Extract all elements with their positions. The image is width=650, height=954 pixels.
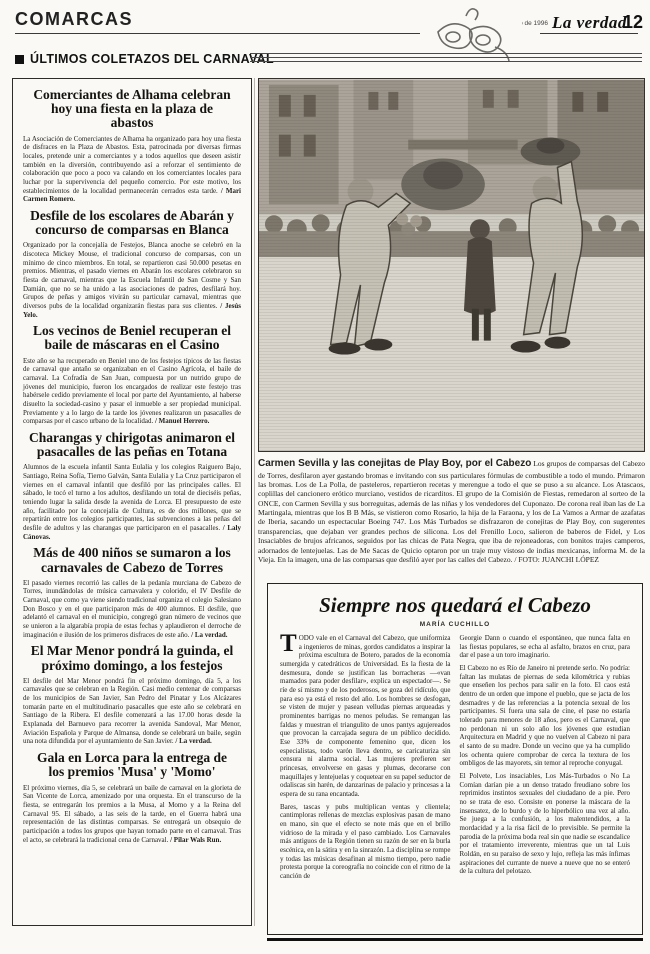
page-number: 12 [623, 12, 643, 33]
brief-lorca-gala: Gala en Lorca para la entrega de los pre… [23, 751, 241, 844]
opinion-byline: MARÍA CUCHILLO [268, 621, 642, 628]
brief-beniel: Los vecinos de Beniel recuperan el baile… [23, 324, 241, 426]
carnival-parade-photo [258, 78, 645, 452]
masthead-logo: La verdad [552, 13, 627, 33]
bottom-rule [267, 938, 643, 941]
caption-body: Los grupos de comparsas del Cabezo de To… [258, 459, 645, 564]
brief-signature: / La verdad. [191, 631, 227, 639]
section-title: COMARCAS [15, 9, 133, 30]
header-rule-right [540, 33, 638, 34]
brief-alhama: Comerciantes de Alhama celebran hoy una … [23, 88, 241, 204]
brief-totana: Charangas y chirigotas animaron el pasac… [23, 431, 241, 541]
brief-body: El desfile del Mar Menor pondrá fin el p… [23, 677, 241, 746]
opinion-column-2: Georgie Dann o cuando el espontáneo, que… [460, 634, 631, 885]
photo-caption: Carmen Sevilla y las conejitas de Play B… [258, 458, 645, 564]
brief-body: Alumnos de la escuela infantil Santa Eul… [23, 463, 241, 541]
brief-headline: Gala en Lorca para la entrega de los pre… [29, 751, 235, 779]
opinion-paragraph: TODO vale en el Carnaval del Cabezo, que… [280, 634, 451, 799]
opinion-paragraph: El Cabezo no es Río de Janeiro ni preten… [460, 664, 631, 768]
brief-body: La Asociación de Comerciantes de Alhama … [23, 135, 241, 204]
brief-mar-menor: El Mar Menor pondrá la guinda, el próxim… [23, 644, 241, 746]
brief-headline: Los vecinos de Beniel recuperan el baile… [29, 324, 235, 352]
kicker-rule-band [250, 53, 642, 64]
brief-body: El pasado viernes recorrió las calles de… [23, 579, 241, 640]
column-divider [254, 78, 255, 926]
caption-lead: Carmen Sevilla y las conejitas de Play B… [258, 458, 531, 469]
opinion-box: Siempre nos quedará el Cabezo MARÍA CUCH… [267, 583, 643, 935]
opinion-paragraph: El Polvete, Los insaciables, Los Más-Tur… [460, 772, 631, 876]
opinion-columns: TODO vale en el Carnaval del Cabezo, que… [268, 634, 642, 885]
opinion-title: Siempre nos quedará el Cabezo [268, 593, 642, 618]
brief-signature: / Manuel Herrero. [155, 417, 209, 425]
photo-credit: / FOTO: JUANCHI LÓPEZ [514, 555, 599, 564]
opinion-paragraph: Georgie Dann o cuando el espontáneo, que… [460, 634, 631, 660]
brief-headline: El Mar Menor pondrá la guinda, el próxim… [29, 644, 235, 672]
kicker-label: ÚLTIMOS COLETAZOS DEL CARNAVAL [30, 52, 274, 66]
brief-headline: Más de 400 niños se sumaron a los carnav… [29, 546, 235, 574]
header-rule-left [15, 33, 427, 34]
drop-cap: T [280, 634, 299, 654]
newspaper-page: COMARCAS Martes 20 de febrero de 1996 La… [0, 0, 650, 954]
halftone-overlay [259, 79, 644, 451]
brief-headline: Desfile de los escolares de Abarán y con… [29, 209, 235, 237]
briefs-column: Comerciantes de Alhama celebran hoy una … [12, 78, 252, 926]
kicker-square-icon [15, 55, 24, 64]
brief-headline: Charangas y chirigotas animaron el pasac… [29, 431, 235, 459]
brief-cabezo-torres: Más de 400 niños se sumaron a los carnav… [23, 546, 241, 639]
brief-abaran-blanca: Desfile de los escolares de Abarán y con… [23, 209, 241, 319]
brief-signature: / La verdad. [175, 737, 211, 745]
brief-signature: / Pilar Wals Run. [170, 836, 221, 844]
brief-headline: Comerciantes de Alhama celebran hoy una … [29, 88, 235, 131]
opinion-column-1: TODO vale en el Carnaval del Cabezo, que… [280, 634, 451, 885]
brief-body: Organizado por la concejalía de Festejos… [23, 241, 241, 319]
opinion-paragraph: Bares, tascas y pubs multiplican ventas … [280, 803, 451, 881]
brief-body: Este año se ha recuperado en Beniel uno … [23, 357, 241, 426]
brief-body: El próximo viernes, día 5, se celebrará … [23, 784, 241, 845]
kicker: ÚLTIMOS COLETAZOS DEL CARNAVAL [15, 52, 274, 66]
